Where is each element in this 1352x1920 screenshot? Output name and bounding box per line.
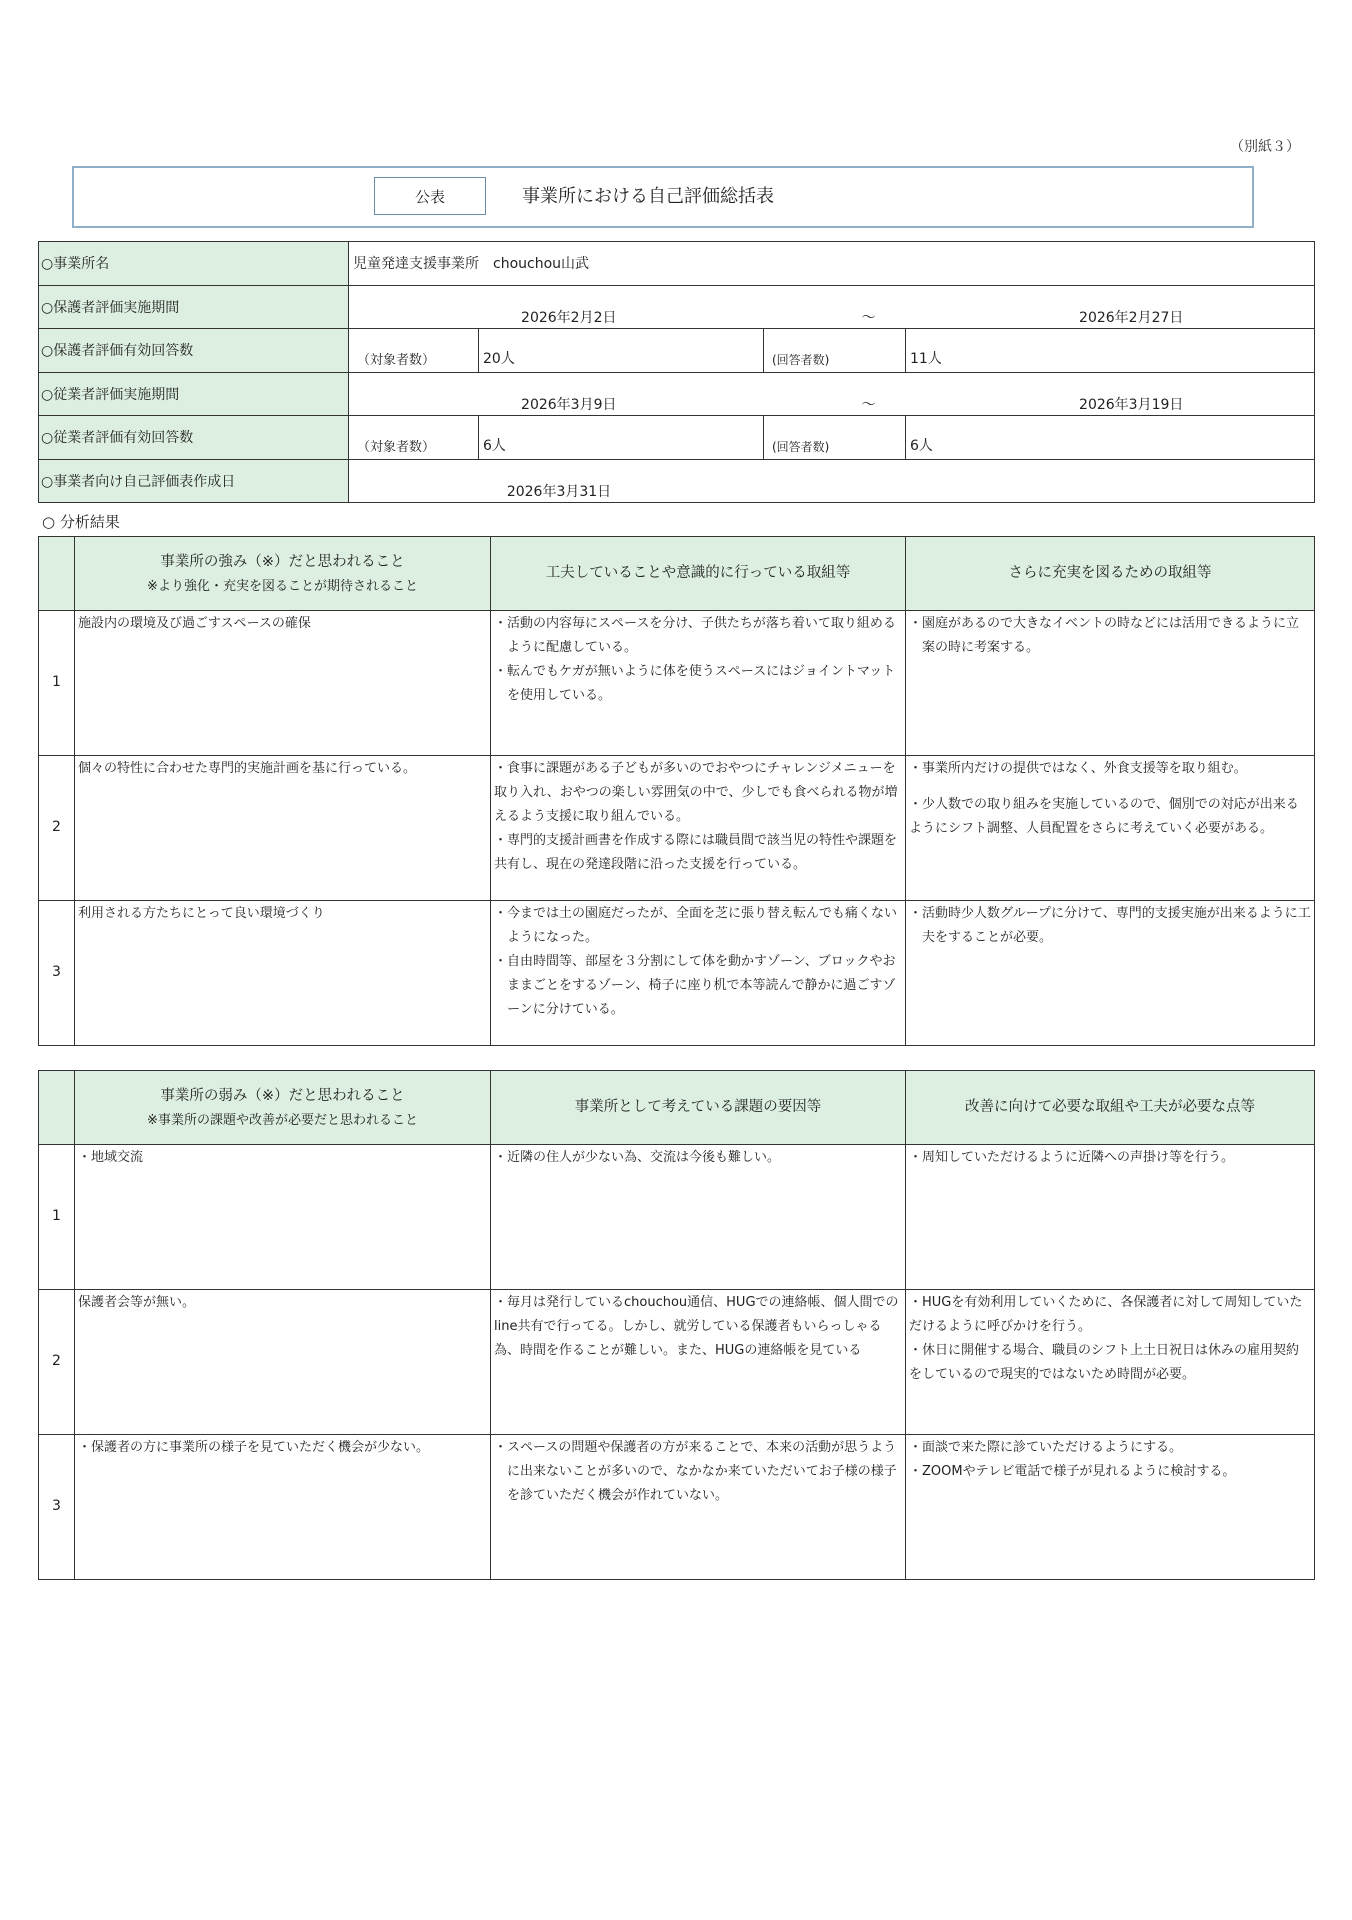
table-row: 3 ・保護者の方に事業所の様子を見ていただく機会が少ない。 ・スペースの問題や保… — [39, 1435, 1315, 1580]
strength-further: ・活動時少人数グループに分けて、専門的支援実施が出来るように工夫をすることが必要… — [906, 901, 1315, 1046]
staff-respondent-value: 6人 — [906, 416, 1315, 460]
weakness-causes: ・スペースの問題や保護者の方が来ることで、本来の活動が思うように出来ないことが多… — [491, 1435, 906, 1580]
staff-period-separator: ～ — [789, 394, 949, 414]
strengths-header-note: ※より強化・充実を図ることが期待されること — [76, 575, 489, 598]
weaknesses-header-note: ※事業所の課題や改善が必要だと思われること — [76, 1109, 489, 1132]
table-row: 3 利用される方たちにとって良い環境づくり ・今までは土の園庭だったが、全面を芝… — [39, 901, 1315, 1046]
guardian-period-end: 2026年2月27日 — [948, 307, 1314, 327]
effort-text: ・転んでもケガが無いように体を使うスペースにはジョイントマットを使用している。 — [494, 660, 902, 708]
staff-period-end: 2026年3月19日 — [948, 394, 1314, 414]
staff-period-start: 2026年3月9日 — [349, 394, 789, 414]
number-header — [39, 537, 75, 611]
weaknesses-header-row: 事業所の弱み（※）だと思われること ※事業所の課題や改善が必要だと思われること … — [39, 1071, 1315, 1145]
staff-period-cell: 2026年3月9日 ～ 2026年3月19日 — [349, 372, 1315, 416]
guardian-responses-row: ○保護者評価有効回答数 （対象者数） 20人 (回答者数) 11人 — [39, 329, 1315, 373]
weaknesses-header-item: 事業所の弱み（※）だと思われること ※事業所の課題や改善が必要だと思われること — [75, 1071, 491, 1145]
weakness-causes: ・近隣の住人が少ない為、交流は今後も難しい。 — [491, 1145, 906, 1290]
spacer — [909, 781, 1311, 793]
effort-text: ・自由時間等、部屋を３分割にして体を動かすゾーン、ブロックやおままごとをするゾー… — [494, 950, 902, 1022]
weaknesses-header-causes: 事業所として考えている課題の要因等 — [491, 1071, 906, 1145]
further-text: ・少人数での取り組みを実施しているので、個別での対応が出来るようにシフト調整、人… — [909, 793, 1311, 841]
staff-respondent-label: (回答者数) — [764, 416, 906, 460]
guardian-respondent-label: (回答者数) — [764, 329, 906, 373]
strengths-header-row: 事業所の強み（※）だと思われること ※より強化・充実を図ることが期待されること … — [39, 537, 1315, 611]
strength-efforts: ・食事に課題がある子どもが多いのでおやつにチャレンジメニューを取り入れ、おやつの… — [491, 756, 906, 901]
title-box: 公表 事業所における自己評価総括表 — [72, 166, 1254, 228]
weaknesses-table: 事業所の弱み（※）だと思われること ※事業所の課題や改善が必要だと思われること … — [38, 1070, 1315, 1580]
analysis-section-title: ○ 分析結果 — [42, 511, 120, 532]
row-number: 3 — [39, 1435, 75, 1580]
guardian-period-separator: ～ — [789, 307, 949, 327]
strength-efforts: ・今までは土の園庭だったが、全面を芝に張り替え転んでも痛くないようになった。 ・… — [491, 901, 906, 1046]
table-row: 2 保護者会等が無い。 ・毎月は発行しているchouchou通信、HUGでの連絡… — [39, 1290, 1315, 1435]
weakness-item: ・地域交流 — [75, 1145, 491, 1290]
further-text: ・園庭があるので大きなイベントの時などには活用できるように立案の時に考案する。 — [909, 612, 1311, 660]
weaknesses-header-improvements: 改善に向けて必要な取組や工夫が必要な点等 — [906, 1071, 1315, 1145]
guardian-period-cell: 2026年2月2日 ～ 2026年2月27日 — [349, 285, 1315, 329]
staff-period-label: ○従業者評価実施期間 — [39, 372, 349, 416]
row-number: 1 — [39, 1145, 75, 1290]
guardian-respondent-value: 11人 — [906, 329, 1315, 373]
number-header — [39, 1071, 75, 1145]
guardian-responses-label: ○保護者評価有効回答数 — [39, 329, 349, 373]
strength-item: 利用される方たちにとって良い環境づくり — [75, 901, 491, 1046]
strengths-table: 事業所の強み（※）だと思われること ※より強化・充実を図ることが期待されること … — [38, 536, 1315, 1046]
cause-text: ・スペースの問題や保護者の方が来ることで、本来の活動が思うように出来ないことが多… — [494, 1436, 902, 1508]
strengths-header-efforts: 工夫していることや意識的に行っている取組等 — [491, 537, 906, 611]
strengths-header-title: 事業所の強み（※）だと思われること — [76, 549, 489, 575]
effort-text: ・今までは土の園庭だったが、全面を芝に張り替え転んでも痛くないようになった。 — [494, 902, 902, 950]
table-row: 1 ・地域交流 ・近隣の住人が少ない為、交流は今後も難しい。 ・周知していただけ… — [39, 1145, 1315, 1290]
weakness-item: 保護者会等が無い。 — [75, 1290, 491, 1435]
improvement-text: ・HUGを有効利用していくために、各保護者に対して周知していただけるように呼びか… — [909, 1291, 1311, 1339]
info-table: ○事業所名 児童発達支援事業所 chouchou山武 ○保護者評価実施期間 20… — [38, 241, 1315, 503]
weakness-improvements: ・HUGを有効利用していくために、各保護者に対して周知していただけるように呼びか… — [906, 1290, 1315, 1435]
staff-responses-row: ○従業者評価有効回答数 （対象者数） 6人 (回答者数) 6人 — [39, 416, 1315, 460]
improvement-text: ・休日に開催する場合、職員のシフト上土日祝日は休みの雇用契約をしているので現実的… — [909, 1339, 1311, 1387]
improvement-text: ・周知していただけるように近隣への声掛け等を行う。 — [909, 1146, 1311, 1170]
strength-item: 個々の特性に合わせた専門的実施計画を基に行っている。 — [75, 756, 491, 901]
further-text: ・活動時少人数グループに分けて、専門的支援実施が出来るように工夫をすることが必要… — [909, 902, 1311, 950]
public-tag: 公表 — [374, 177, 486, 215]
weakness-improvements: ・面談で来た際に診ていただけるようにする。 ・ZOOMやテレビ電話で様子が見れる… — [906, 1435, 1315, 1580]
row-number: 3 — [39, 901, 75, 1046]
created-date-value: 2026年3月31日 — [349, 481, 769, 501]
row-number: 1 — [39, 611, 75, 756]
further-text: ・事業所内だけの提供ではなく、外食支援等を取り組む。 — [909, 757, 1311, 781]
facility-name-value: 児童発達支援事業所 chouchou山武 — [349, 242, 1315, 286]
strengths-header-further: さらに充実を図るための取組等 — [906, 537, 1315, 611]
staff-responses-label: ○従業者評価有効回答数 — [39, 416, 349, 460]
weaknesses-header-title: 事業所の弱み（※）だと思われること — [76, 1083, 489, 1109]
cause-text: ・毎月は発行しているchouchou通信、HUGでの連絡帳、個人間でのline共… — [494, 1291, 902, 1363]
strength-further: ・事業所内だけの提供ではなく、外食支援等を取り組む。 ・少人数での取り組みを実施… — [906, 756, 1315, 901]
guardian-period-start: 2026年2月2日 — [349, 307, 789, 327]
guardian-period-row: ○保護者評価実施期間 2026年2月2日 ～ 2026年2月27日 — [39, 285, 1315, 329]
row-number: 2 — [39, 756, 75, 901]
table-row: 2 個々の特性に合わせた専門的実施計画を基に行っている。 ・食事に課題がある子ど… — [39, 756, 1315, 901]
strengths-header-item: 事業所の強み（※）だと思われること ※より強化・充実を図ることが期待されること — [75, 537, 491, 611]
improvement-text: ・面談で来た際に診ていただけるようにする。 — [909, 1436, 1311, 1460]
strength-efforts: ・活動の内容毎にスペースを分け、子供たちが落ち着いて取り組めるように配慮している… — [491, 611, 906, 756]
created-date-cell: 2026年3月31日 — [349, 459, 1315, 503]
staff-target-value: 6人 — [479, 416, 764, 460]
created-date-row: ○事業者向け自己評価表作成日 2026年3月31日 — [39, 459, 1315, 503]
created-date-label: ○事業者向け自己評価表作成日 — [39, 459, 349, 503]
annex-label: （別紙３） — [1230, 136, 1300, 156]
guardian-target-label: （対象者数） — [349, 329, 479, 373]
guardian-period-label: ○保護者評価実施期間 — [39, 285, 349, 329]
weakness-improvements: ・周知していただけるように近隣への声掛け等を行う。 — [906, 1145, 1315, 1290]
staff-target-label: （対象者数） — [349, 416, 479, 460]
effort-text: ・活動の内容毎にスペースを分け、子供たちが落ち着いて取り組めるように配慮している… — [494, 612, 902, 660]
strength-item: 施設内の環境及び過ごすスペースの確保 — [75, 611, 491, 756]
page-title: 事業所における自己評価総括表 — [522, 182, 774, 208]
strength-further: ・園庭があるので大きなイベントの時などには活用できるように立案の時に考案する。 — [906, 611, 1315, 756]
facility-name-row: ○事業所名 児童発達支援事業所 chouchou山武 — [39, 242, 1315, 286]
staff-period-row: ○従業者評価実施期間 2026年3月9日 ～ 2026年3月19日 — [39, 372, 1315, 416]
weakness-item: ・保護者の方に事業所の様子を見ていただく機会が少ない。 — [75, 1435, 491, 1580]
guardian-target-value: 20人 — [479, 329, 764, 373]
table-row: 1 施設内の環境及び過ごすスペースの確保 ・活動の内容毎にスペースを分け、子供た… — [39, 611, 1315, 756]
weakness-causes: ・毎月は発行しているchouchou通信、HUGでの連絡帳、個人間でのline共… — [491, 1290, 906, 1435]
effort-text: ・食事に課題がある子どもが多いのでおやつにチャレンジメニューを取り入れ、おやつの… — [494, 757, 902, 829]
effort-text: ・専門的支援計画書を作成する際には職員間で該当児の特性や課題を共有し、現在の発達… — [494, 829, 902, 877]
row-number: 2 — [39, 1290, 75, 1435]
facility-name-label: ○事業所名 — [39, 242, 349, 286]
cause-text: ・近隣の住人が少ない為、交流は今後も難しい。 — [494, 1146, 902, 1170]
improvement-text: ・ZOOMやテレビ電話で様子が見れるように検討する。 — [909, 1460, 1311, 1484]
